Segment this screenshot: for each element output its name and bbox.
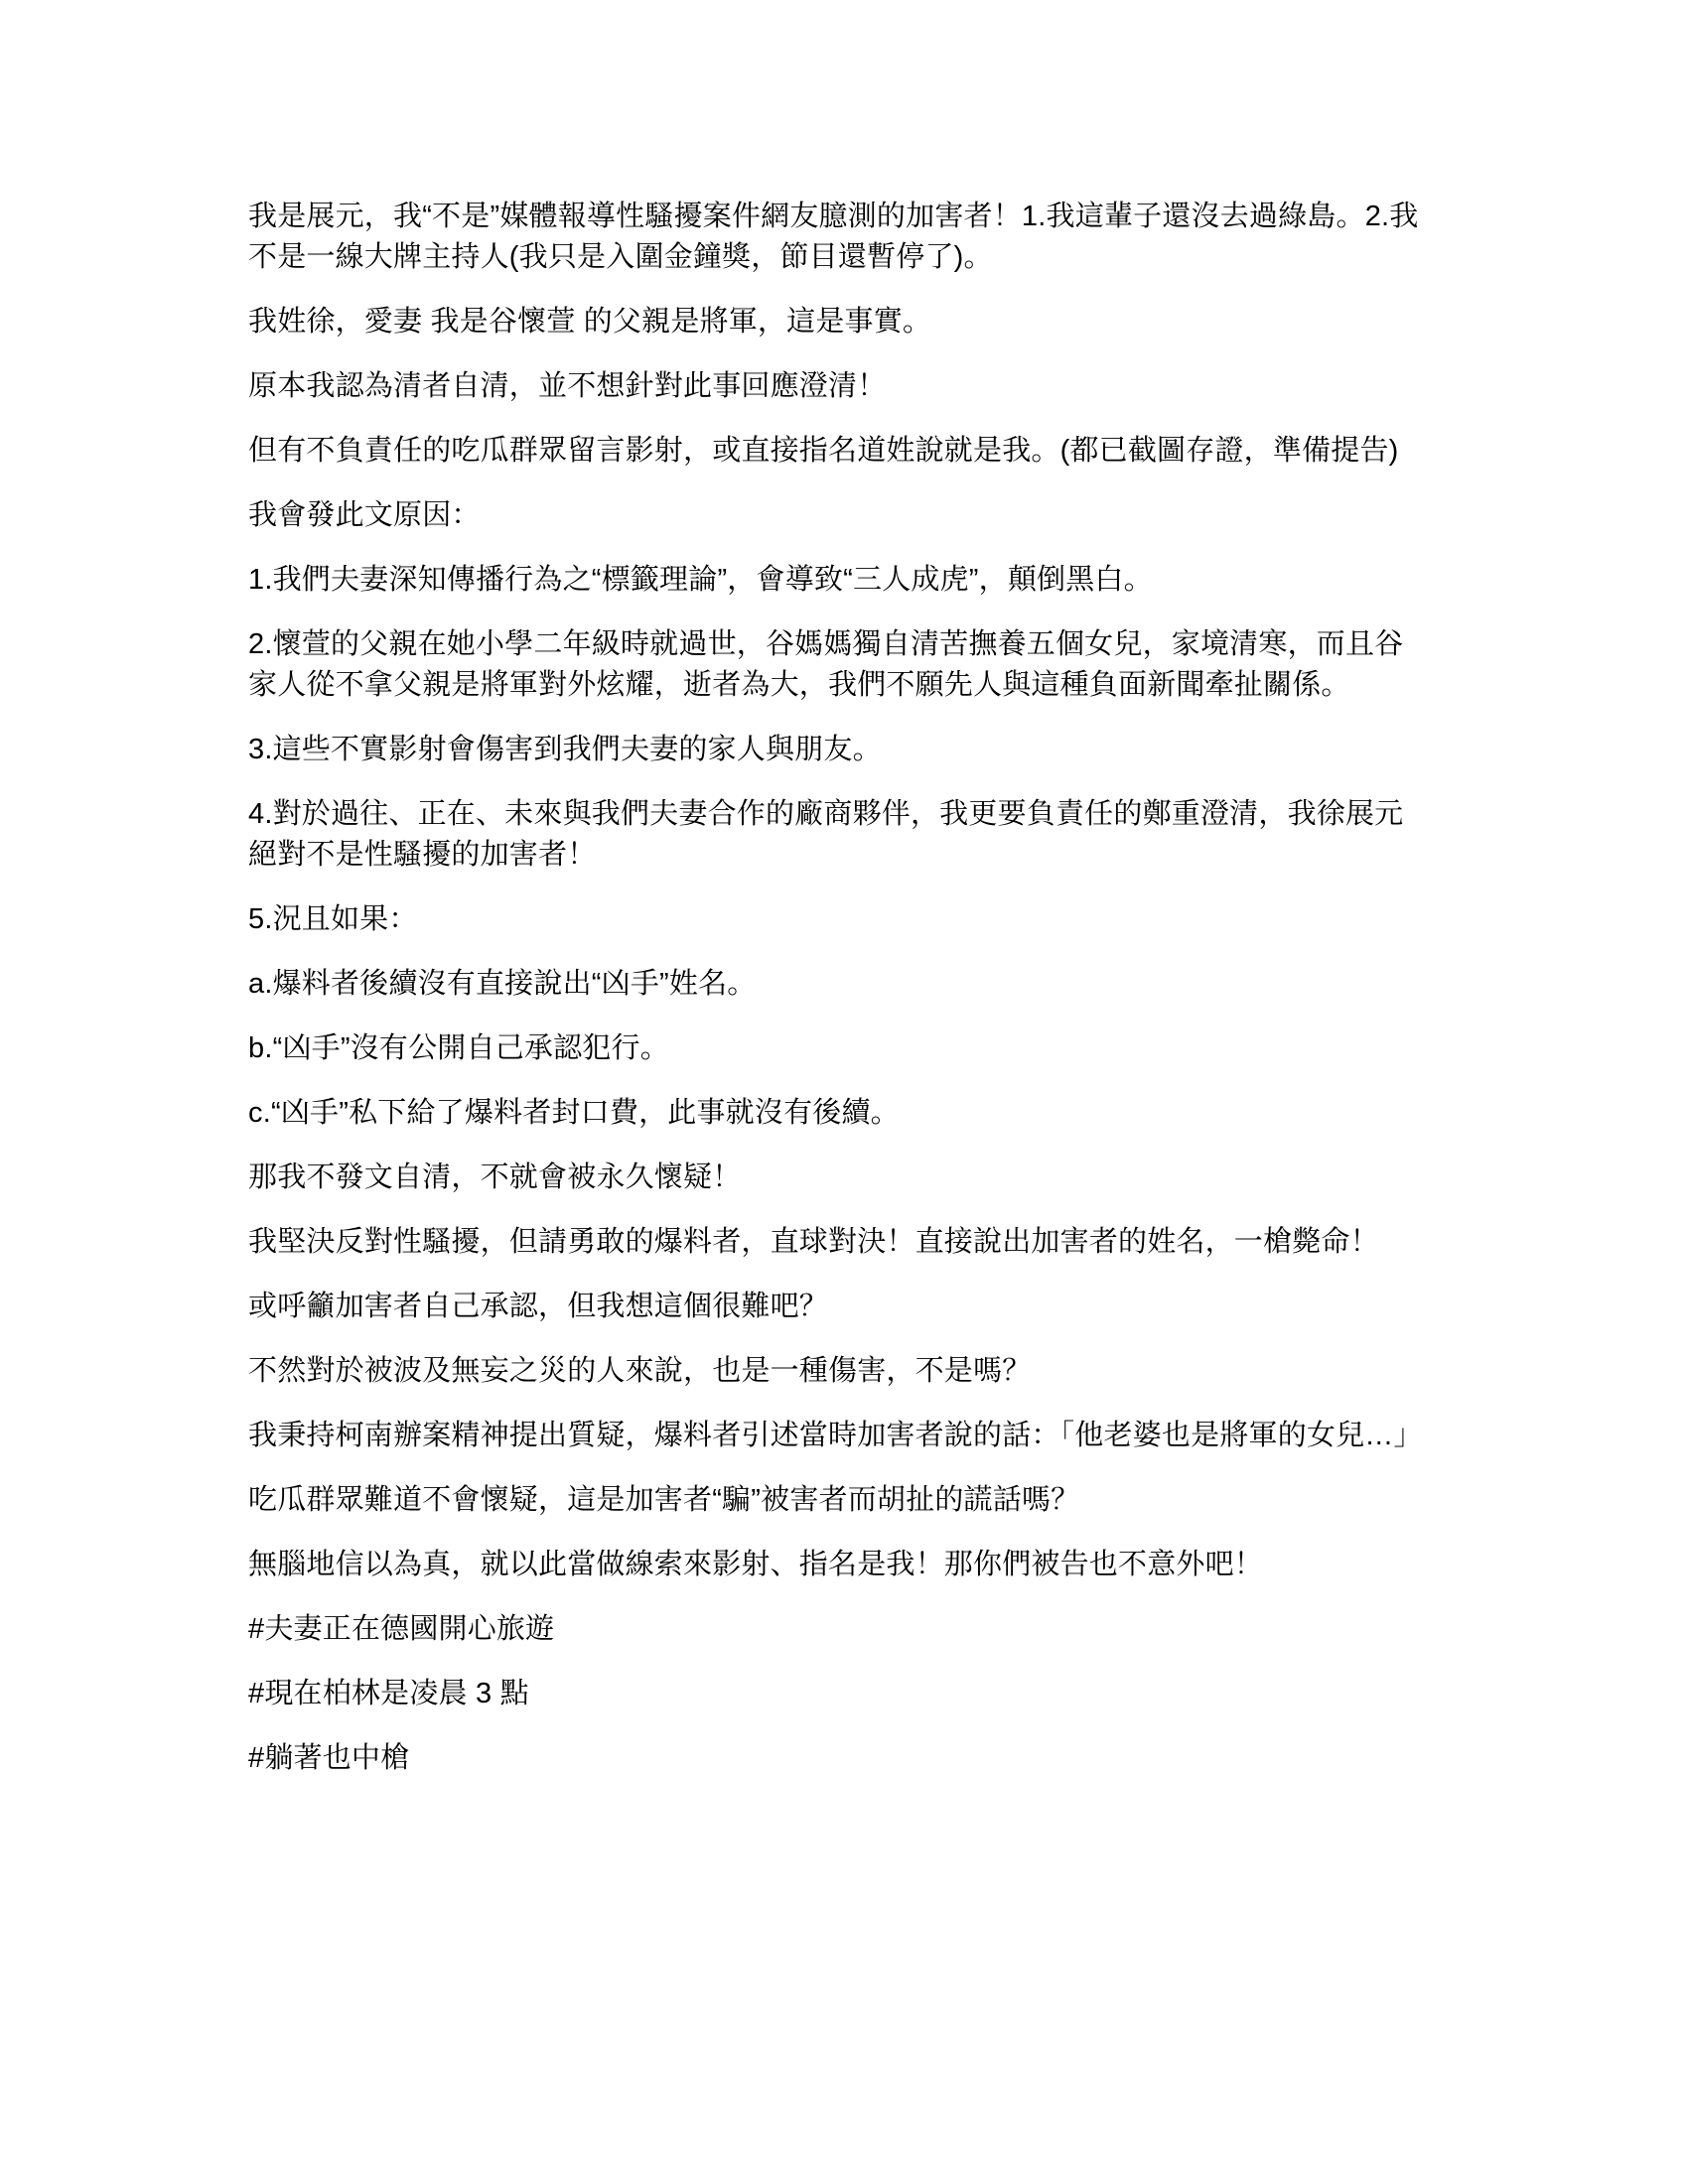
paragraph-conan: 我秉持柯南辦案精神提出質疑，爆料者引述當時加害者說的話：「他老婆也是將軍的女兒…… (248, 1416, 1420, 1456)
paragraph-suspicion: 那我不發文自清，不就會被永久懷疑！ (248, 1158, 1420, 1198)
paragraph-oppose: 我堅決反對性騷擾，但請勇敢的爆料者，直球對決！直接說出加害者的姓名，一槍斃命！ (248, 1222, 1420, 1263)
paragraph-reason-4: 4.對於過往、正在、未來與我們夫妻合作的廠商夥伴，我更要負責任的鄭重澄清，我徐展… (248, 794, 1420, 876)
paragraph-case-c: c.“凶手”私下給了爆料者封口費，此事就沒有後續。 (248, 1093, 1420, 1134)
paragraph-reasons-heading: 我會發此文原因： (248, 495, 1420, 536)
hashtag-berlin-time: #現在柏林是凌晨 3 點 (248, 1674, 1420, 1714)
paragraph-accusations: 但有不負責任的吃瓜群眾留言影射，或直接指名道姓說就是我。(都已截圖存證，準備提告… (248, 431, 1420, 472)
paragraph-reason-2: 2.懷萱的父親在她小學二年級時就過世，谷媽媽獨自清苦撫養五個女兒，家境清寒，而且… (248, 624, 1420, 706)
paragraph-harm: 不然對於被波及無妄之災的人來說，也是一種傷害，不是嗎？ (248, 1351, 1420, 1392)
paragraph-reason-3: 3.這些不實影射會傷害到我們夫妻的家人與朋友。 (248, 730, 1420, 770)
paragraph-appeal: 或呼籲加害者自己承認，但我想這個很難吧？ (248, 1287, 1420, 1327)
paragraph-original-stance: 原本我認為清者自清，並不想針對此事回應澄清！ (248, 366, 1420, 407)
paragraph-case-b: b.“凶手”沒有公開自己承認犯行。 (248, 1028, 1420, 1069)
paragraph-intro: 我是展元，我“不是”媒體報導性騷擾案件網友臆測的加害者！1.我這輩子還沒去過綠島… (248, 197, 1420, 278)
hashtag-collateral: #躺著也中槍 (248, 1738, 1420, 1779)
hashtag-travel: #夫妻正在德國開心旅遊 (248, 1609, 1420, 1650)
paragraph-reason-5: 5.況且如果： (248, 899, 1420, 940)
paragraph-lie-question: 吃瓜群眾難道不會懷疑，這是加害者“騙”被害者而胡扯的謊話嗎？ (248, 1480, 1420, 1521)
document-page: 我是展元，我“不是”媒體報導性騷擾案件網友臆測的加害者！1.我這輩子還沒去過綠島… (248, 197, 1420, 1803)
paragraph-family: 我姓徐，愛妻 我是谷懷萱 的父親是將軍，這是事實。 (248, 302, 1420, 342)
paragraph-case-a: a.爆料者後續沒有直接說出“凶手”姓名。 (248, 964, 1420, 1005)
paragraph-reason-1: 1.我們夫妻深知傳播行為之“標籤理論”，會導致“三人成虎”，顛倒黑白。 (248, 560, 1420, 601)
paragraph-lawsuit: 無腦地信以為真，就以此當做線索來影射、指名是我！那你們被告也不意外吧！ (248, 1545, 1420, 1585)
